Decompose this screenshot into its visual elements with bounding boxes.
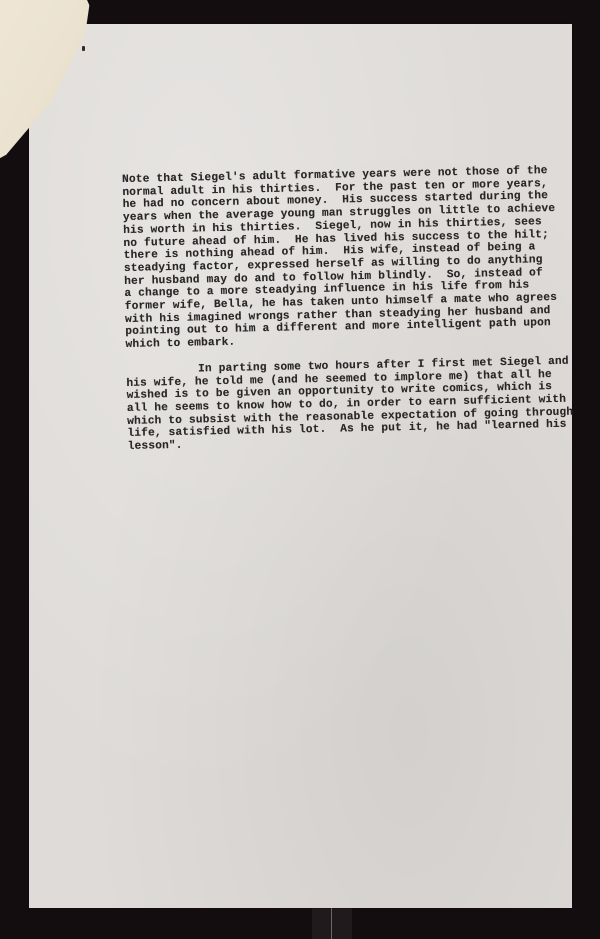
paragraph-2: In parting some two hours after I first … bbox=[126, 355, 588, 454]
paragraph-1: Note that Siegel's adult formative years… bbox=[122, 164, 586, 351]
scanner-shadow bbox=[312, 908, 352, 939]
typewritten-page: Note that Siegel's adult formative years… bbox=[29, 24, 572, 908]
page-text: Note that Siegel's adult formative years… bbox=[122, 164, 588, 466]
scanner-mark bbox=[331, 908, 332, 939]
staple-icon bbox=[82, 46, 85, 51]
